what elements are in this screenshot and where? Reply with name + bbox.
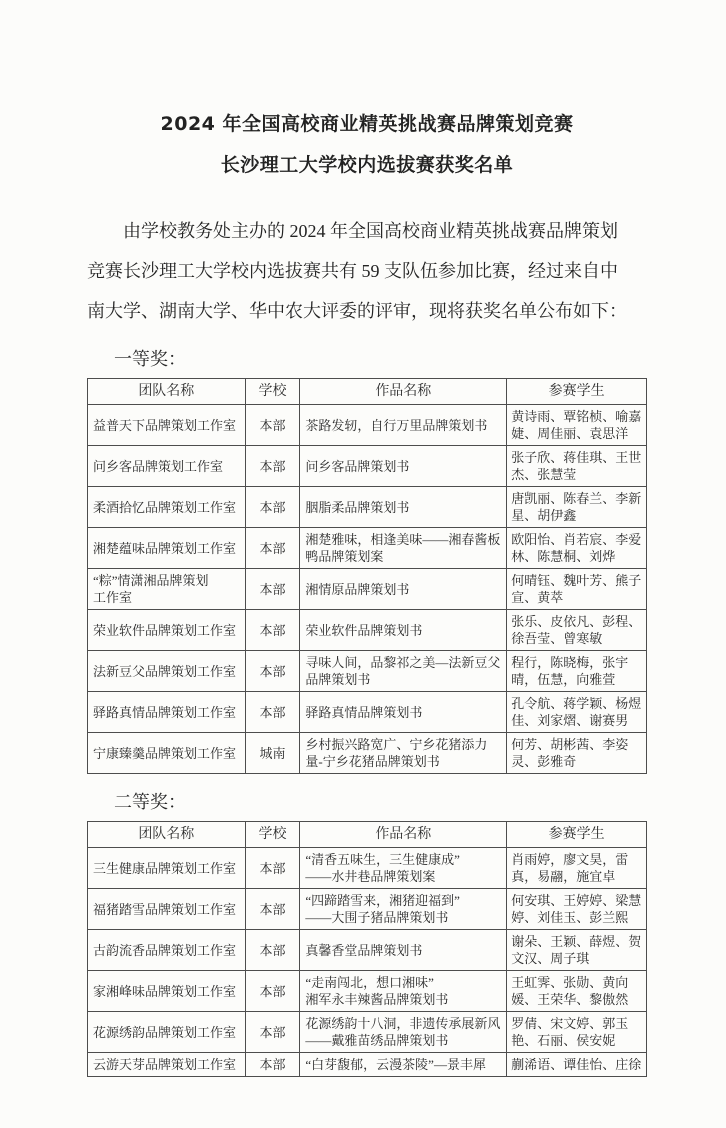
students-cell: 欧阳怡、肖若宸、李爱林、陈慧桐、刘烨: [507, 528, 647, 569]
team-name-cell: 花源绣韵品牌策划工作室: [88, 1012, 246, 1053]
school-cell: 本部: [245, 487, 300, 528]
column-header: 作品名称: [300, 379, 507, 405]
students-cell: 肖雨婷，廖文昊，雷真，易翮，施宜卓: [507, 848, 647, 889]
column-header: 参赛学生: [507, 379, 647, 405]
intro-paragraph: 由学校教务处主办的 2024 年全国高校商业精英挑战赛品牌策划竞赛长沙理工大学校…: [87, 211, 647, 331]
work-title-cell: 湘情原品牌策划书: [300, 569, 507, 610]
table-header-row: 团队名称学校作品名称参赛学生: [88, 822, 647, 848]
table-row: 古韵流香品牌策划工作室本部真馨香堂品牌策划书谢朵、王颖、薛煜、贺文汉、周子琪: [88, 930, 647, 971]
table-row: 柔酒拾忆品牌策划工作室本部胭脂柔品牌策划书唐凯丽、陈春兰、李新星、胡伊鑫: [88, 487, 647, 528]
work-title-cell: “清香五味生，三生健康成” ——水井巷品牌策划案: [300, 848, 507, 889]
document-page: 2024 年全国高校商业精英挑战赛品牌策划竞赛 长沙理工大学校内选拔赛获奖名单 …: [0, 0, 726, 1128]
school-cell: 本部: [245, 1012, 300, 1053]
school-cell: 本部: [245, 889, 300, 930]
work-title-cell: 胭脂柔品牌策划书: [300, 487, 507, 528]
school-cell: 本部: [245, 528, 300, 569]
work-title-cell: 寻味人间，品黎祁之美—法新豆父品牌策划书: [300, 651, 507, 692]
table-row: 家湘峰味品牌策划工作室本部“走南闯北，想口湘味” 湘军永丰辣酱品牌策划书王虹霁、…: [88, 971, 647, 1012]
team-name-cell: 古韵流香品牌策划工作室: [88, 930, 246, 971]
students-cell: 张乐、皮依凡、彭程、徐吾莹、曾寒敏: [507, 610, 647, 651]
school-cell: 本部: [245, 405, 300, 446]
intro-line: 南大学、湖南大学、华中农大评委的评审，现将获奖名单公布如下：: [87, 291, 647, 331]
first-prize-table: 团队名称学校作品名称参赛学生益普天下品牌策划工作室本部茶路发轫，自行万里品牌策划…: [87, 378, 647, 774]
school-cell: 本部: [245, 692, 300, 733]
work-title-cell: “四蹄踏雪来，湘猪迎福到” ——大围子猪品牌策划书: [300, 889, 507, 930]
team-name-cell: 家湘峰味品牌策划工作室: [88, 971, 246, 1012]
table-row: 宁康臻羹品牌策划工作室城南乡村振兴路宽广、宁乡花猪添力量-宁乡花猪品牌策划书何芳…: [88, 733, 647, 774]
work-title-cell: 花源绣韵十八洞，非遗传承展新风——戴雅苗绣品牌策划书: [300, 1012, 507, 1053]
table-row: 荣业软件品牌策划工作室本部荣业软件品牌策划书张乐、皮依凡、彭程、徐吾莹、曾寒敏: [88, 610, 647, 651]
work-title-cell: “走南闯北，想口湘味” 湘军永丰辣酱品牌策划书: [300, 971, 507, 1012]
school-cell: 本部: [245, 610, 300, 651]
work-title-cell: “白芽馥郁，云漫茶陵”—景丰犀: [300, 1053, 507, 1077]
doc-title-line2: 长沙理工大学校内选拔赛获奖名单: [87, 145, 647, 186]
students-cell: 张子欣、蒋佳琪、王世杰、张慧莹: [507, 446, 647, 487]
school-cell: 本部: [245, 930, 300, 971]
school-cell: 本部: [245, 569, 300, 610]
school-cell: 本部: [245, 848, 300, 889]
table-row: 云游天芽品牌策划工作室本部“白芽馥郁，云漫茶陵”—景丰犀蒯浠语、谭佳怡、庄徐: [88, 1053, 647, 1077]
work-title-cell: 驿路真情品牌策划书: [300, 692, 507, 733]
column-header: 参赛学生: [507, 822, 647, 848]
table-header-row: 团队名称学校作品名称参赛学生: [88, 379, 647, 405]
school-cell: 城南: [245, 733, 300, 774]
column-header: 团队名称: [88, 379, 246, 405]
team-name-cell: 三生健康品牌策划工作室: [88, 848, 246, 889]
school-cell: 本部: [245, 971, 300, 1012]
students-cell: 王虹霁、张勋、黄向媛、王荣华、黎傲然: [507, 971, 647, 1012]
table-row: 问乡客品牌策划工作室本部问乡客品牌策划书张子欣、蒋佳琪、王世杰、张慧莹: [88, 446, 647, 487]
school-cell: 本部: [245, 446, 300, 487]
work-title-cell: 真馨香堂品牌策划书: [300, 930, 507, 971]
team-name-cell: 柔酒拾忆品牌策划工作室: [88, 487, 246, 528]
column-header: 团队名称: [88, 822, 246, 848]
team-name-cell: “粽”情潇湘品牌策划 工作室: [88, 569, 246, 610]
second-prize-section: 二等奖： 团队名称学校作品名称参赛学生三生健康品牌策划工作室本部“清香五味生，三…: [87, 788, 647, 1077]
table-row: 湘楚蕴味品牌策划工作室本部湘楚雅味，相逢美味——湘春酱板鸭品牌策划案欧阳怡、肖若…: [88, 528, 647, 569]
intro-line: 竞赛长沙理工大学校内选拔赛共有 59 支队伍参加比赛，经过来自中: [87, 251, 647, 291]
work-title-cell: 乡村振兴路宽广、宁乡花猪添力量-宁乡花猪品牌策划书: [300, 733, 507, 774]
table-row: 花源绣韵品牌策划工作室本部花源绣韵十八洞，非遗传承展新风——戴雅苗绣品牌策划书罗…: [88, 1012, 647, 1053]
team-name-cell: 福猪踏雪品牌策划工作室: [88, 889, 246, 930]
work-title-cell: 茶路发轫，自行万里品牌策划书: [300, 405, 507, 446]
work-title-cell: 荣业软件品牌策划书: [300, 610, 507, 651]
table-row: 法新豆父品牌策划工作室本部寻味人间，品黎祁之美—法新豆父品牌策划书程行，陈晓梅，…: [88, 651, 647, 692]
team-name-cell: 湘楚蕴味品牌策划工作室: [88, 528, 246, 569]
team-name-cell: 益普天下品牌策划工作室: [88, 405, 246, 446]
team-name-cell: 荣业软件品牌策划工作室: [88, 610, 246, 651]
students-cell: 罗倩、宋文婷、郭玉艳、石丽、侯安妮: [507, 1012, 647, 1053]
students-cell: 何晴钰、魏叶芳、熊子宣、黄萃: [507, 569, 647, 610]
second-prize-table: 团队名称学校作品名称参赛学生三生健康品牌策划工作室本部“清香五味生，三生健康成”…: [87, 821, 647, 1077]
students-cell: 何芳、胡彬茜、李姿灵、彭雅奇: [507, 733, 647, 774]
first-prize-heading: 一等奖：: [114, 345, 647, 371]
students-cell: 唐凯丽、陈春兰、李新星、胡伊鑫: [507, 487, 647, 528]
table-row: 驿路真情品牌策划工作室本部驿路真情品牌策划书孔令航、蒋学颖、杨煜佳、刘家熠、谢赛…: [88, 692, 647, 733]
table-row: 三生健康品牌策划工作室本部“清香五味生，三生健康成” ——水井巷品牌策划案肖雨婷…: [88, 848, 647, 889]
school-cell: 本部: [245, 1053, 300, 1077]
work-title-cell: 湘楚雅味，相逢美味——湘春酱板鸭品牌策划案: [300, 528, 507, 569]
students-cell: 谢朵、王颖、薛煜、贺文汉、周子琪: [507, 930, 647, 971]
team-name-cell: 宁康臻羹品牌策划工作室: [88, 733, 246, 774]
intro-line: 由学校教务处主办的 2024 年全国高校商业精英挑战赛品牌策划: [87, 211, 647, 251]
table-row: 福猪踏雪品牌策划工作室本部“四蹄踏雪来，湘猪迎福到” ——大围子猪品牌策划书何安…: [88, 889, 647, 930]
team-name-cell: 驿路真情品牌策划工作室: [88, 692, 246, 733]
doc-title-line1: 2024 年全国高校商业精英挑战赛品牌策划竞赛: [87, 104, 647, 145]
first-prize-section: 一等奖： 团队名称学校作品名称参赛学生益普天下品牌策划工作室本部茶路发轫，自行万…: [87, 345, 647, 774]
column-header: 学校: [245, 379, 300, 405]
students-cell: 蒯浠语、谭佳怡、庄徐: [507, 1053, 647, 1077]
work-title-cell: 问乡客品牌策划书: [300, 446, 507, 487]
second-prize-heading: 二等奖：: [114, 788, 647, 814]
students-cell: 程行，陈晓梅，张宇晴，伍慧，向雅萱: [507, 651, 647, 692]
team-name-cell: 云游天芽品牌策划工作室: [88, 1053, 246, 1077]
table-row: “粽”情潇湘品牌策划 工作室本部湘情原品牌策划书何晴钰、魏叶芳、熊子宣、黄萃: [88, 569, 647, 610]
school-cell: 本部: [245, 651, 300, 692]
students-cell: 何安琪、王婷婷、梁慧婷、刘佳玉、彭兰熙: [507, 889, 647, 930]
team-name-cell: 问乡客品牌策划工作室: [88, 446, 246, 487]
column-header: 作品名称: [300, 822, 507, 848]
team-name-cell: 法新豆父品牌策划工作室: [88, 651, 246, 692]
column-header: 学校: [245, 822, 300, 848]
students-cell: 孔令航、蒋学颖、杨煜佳、刘家熠、谢赛男: [507, 692, 647, 733]
table-row: 益普天下品牌策划工作室本部茶路发轫，自行万里品牌策划书黄诗雨、覃铭桢、喻嘉婕、周…: [88, 405, 647, 446]
students-cell: 黄诗雨、覃铭桢、喻嘉婕、周佳丽、袁思洋: [507, 405, 647, 446]
